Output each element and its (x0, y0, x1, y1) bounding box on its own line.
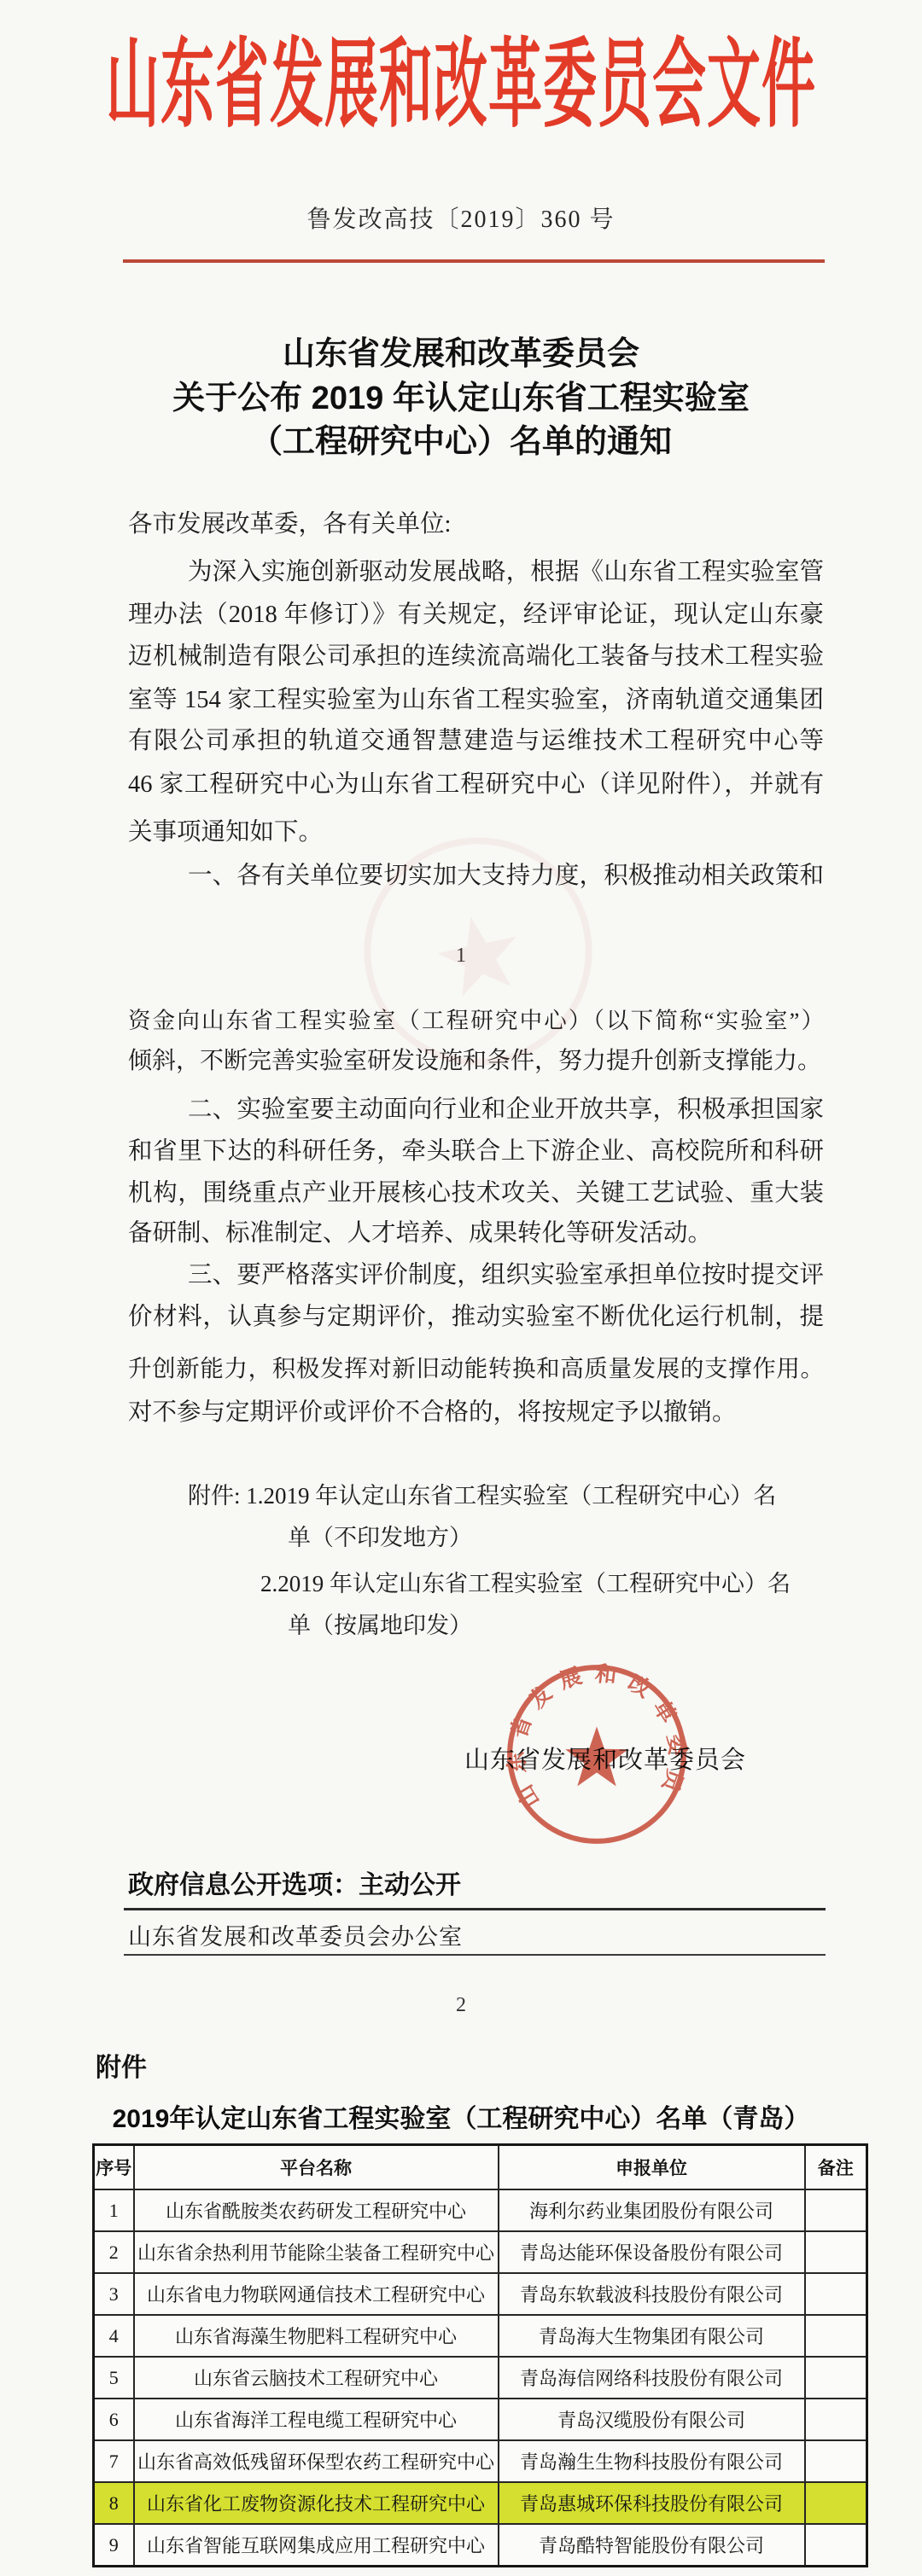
document-page: 山东省发展和改革委员会文件 鲁发改高技〔2019〕360 号 山东省发展和改革委… (0, 0, 922, 2576)
header-platform: 平台名称 (134, 2145, 499, 2190)
cell-seq: 4 (94, 2315, 134, 2357)
footer-rule-bottom (124, 1954, 826, 1956)
cell-seq: 6 (94, 2399, 134, 2440)
table-row: 5山东省云脑技术工程研究中心青岛海信网络科技股份有限公司 (94, 2357, 867, 2399)
text-line: 关事项通知如下。 (128, 813, 323, 852)
text-line: 单（按属地印发） (288, 1606, 472, 1645)
cell-platform: 山东省酰胺类农药研发工程研究中心 (134, 2189, 499, 2231)
document-number: 鲁发改高技〔2019〕360 号 (0, 200, 922, 241)
text-line: 价材料，认真参与定期评价，推动实验室不断优化运行机制，提 (128, 1298, 824, 1337)
header-seq: 序号 (94, 2145, 134, 2190)
lab-list-table: 序号 平台名称 申报单位 备注 1山东省酰胺类农药研发工程研究中心海利尔药业集团… (92, 2143, 868, 2567)
doc-title-line-2: 关于公布 2019 年认定山东省工程实验室 (0, 377, 922, 420)
red-divider-rule (123, 259, 825, 263)
cell-platform: 山东省化工废物资源化技术工程研究中心 (134, 2482, 499, 2524)
cell-platform: 山东省电力物联网通信技术工程研究中心 (134, 2273, 499, 2315)
cell-seq: 9 (94, 2524, 134, 2567)
text-line: 理办法（2018 年修订）》有关规定，经评审论证，现认定山东豪 (128, 596, 824, 635)
text-line: 三、要严格落实评价制度，组织实验室承担单位按时提交评 (188, 1256, 824, 1295)
cell-platform: 山东省海藻生物肥料工程研究中心 (134, 2315, 499, 2357)
doc-title-line-1: 山东省发展和改革委员会 (0, 333, 922, 375)
text-line: 2.2019 年认定山东省工程实验室（工程研究中心）名 (260, 1564, 791, 1603)
table-header-row: 序号 平台名称 申报单位 备注 (94, 2145, 867, 2190)
official-seal: 山东省发展和改革委员会 (503, 1660, 691, 1848)
cell-applicant: 青岛海信网络科技股份有限公司 (499, 2357, 805, 2399)
text-line: 二、实验室要主动面向行业和企业开放共享，积极承担国家 (188, 1090, 824, 1130)
table-row: 9山东省智能互联网集成应用工程研究中心青岛酷特智能股份有限公司 (94, 2524, 867, 2567)
cell-applicant: 海利尔药业集团股份有限公司 (499, 2189, 805, 2231)
text-line: 升创新能力，积极发挥对新旧动能转换和高质量发展的支撑作用。 (128, 1349, 824, 1388)
cell-applicant: 青岛达能环保设备股份有限公司 (499, 2231, 805, 2273)
table-row: 7山东省高效低残留环保型农药工程研究中心青岛瀚生生物科技股份有限公司 (94, 2440, 867, 2482)
cell-remark (805, 2482, 867, 2524)
text-line: 各市发展改革委，各有关单位: (128, 505, 451, 544)
text-line: 机构，围绕重点产业开展核心技术攻关、关键工艺试验、重大装 (128, 1174, 824, 1213)
text-line: 为深入实施创新驱动发展战略，根据《山东省工程实验室管 (188, 553, 824, 592)
text-line: 备研制、标准制定、人才培养、成果转化等研发活动。 (128, 1214, 712, 1253)
cell-platform: 山东省智能互联网集成应用工程研究中心 (134, 2524, 499, 2567)
attachment-table-title: 2019年认定山东省工程实验室（工程研究中心）名单（青岛） (0, 2100, 922, 2139)
text-line: 46 家工程研究中心为山东省工程研究中心（详见附件），并就有 (128, 765, 824, 805)
cell-seq: 2 (94, 2231, 134, 2273)
cell-platform: 山东省海洋工程电缆工程研究中心 (134, 2399, 499, 2440)
cell-remark (805, 2357, 867, 2399)
cell-remark (805, 2231, 867, 2273)
cell-applicant: 青岛酷特智能股份有限公司 (499, 2524, 805, 2567)
table-row: 4山东省海藻生物肥料工程研究中心青岛海大生物集团有限公司 (94, 2315, 867, 2357)
table-row: 6山东省海洋工程电缆工程研究中心青岛汉缆股份有限公司 (94, 2399, 867, 2440)
attachment-label: 附件 (96, 2049, 147, 2088)
header-applicant: 申报单位 (499, 2145, 805, 2190)
issuing-office: 山东省发展和改革委员会办公室 (128, 1917, 463, 1957)
doc-title-line-3: （工程研究中心）名单的通知 (0, 421, 922, 463)
cell-seq: 3 (94, 2273, 134, 2315)
footer-rule-top (124, 1908, 826, 1910)
cell-applicant: 青岛海大生物集团有限公司 (499, 2315, 805, 2357)
table-row: 2山东省余热利用节能除尘装备工程研究中心青岛达能环保设备股份有限公司 (94, 2231, 867, 2273)
table-row: 3山东省电力物联网通信技术工程研究中心青岛东软载波科技股份有限公司 (94, 2273, 867, 2315)
attachment-table-container: 序号 平台名称 申报单位 备注 1山东省酰胺类农药研发工程研究中心海利尔药业集团… (92, 2143, 868, 2567)
text-line: 单（不印发地方） (288, 1518, 472, 1557)
seal-bleed-through (336, 810, 620, 1093)
cell-platform: 山东省云脑技术工程研究中心 (134, 2357, 499, 2399)
header-remark: 备注 (805, 2145, 867, 2190)
text-line: 有限公司承担的轨道交通智慧建造与运维技术工程研究中心等 (128, 722, 824, 761)
text-line: 对不参与定期评价或评价不合格的，将按规定予以撤销。 (128, 1393, 737, 1433)
cell-remark (805, 2524, 867, 2567)
cell-applicant: 青岛汉缆股份有限公司 (499, 2399, 805, 2440)
table-row: 8山东省化工废物资源化技术工程研究中心青岛惠城环保科技股份有限公司 (94, 2482, 867, 2524)
text-line: 附件: 1.2019 年认定山东省工程实验室（工程研究中心）名 (188, 1476, 776, 1515)
cell-remark (805, 2440, 867, 2482)
cell-remark (805, 2315, 867, 2357)
cell-remark (805, 2189, 867, 2231)
cell-seq: 7 (94, 2440, 134, 2482)
seal-star-icon (565, 1726, 628, 1786)
cell-seq: 8 (94, 2482, 134, 2524)
text-line: 室等 154 家工程实验室为山东省工程实验室，济南轨道交通集团 (128, 681, 824, 720)
cell-remark (805, 2273, 867, 2315)
letterhead-banner: 山东省发展和改革委员会文件 (0, 0, 922, 212)
cell-platform: 山东省余热利用节能除尘装备工程研究中心 (134, 2231, 499, 2273)
table-row: 1山东省酰胺类农药研发工程研究中心海利尔药业集团股份有限公司 (94, 2189, 867, 2231)
cell-applicant: 青岛东软载波科技股份有限公司 (499, 2273, 805, 2315)
disclosure-option: 政府信息公开选项：主动公开 (128, 1866, 461, 1905)
cell-seq: 1 (94, 2189, 134, 2231)
cell-applicant: 青岛瀚生生物科技股份有限公司 (499, 2440, 805, 2482)
text-line: 和省里下达的科研任务，牵头联合上下游企业、高校院所和科研 (128, 1132, 824, 1172)
cell-remark (805, 2399, 867, 2440)
text-line: 迈机械制造有限公司承担的连续流高端化工装备与技术工程实验 (128, 637, 824, 677)
cell-applicant: 青岛惠城环保科技股份有限公司 (499, 2482, 805, 2524)
cell-seq: 5 (94, 2357, 134, 2399)
page-number-2: 2 (0, 1988, 922, 2022)
cell-platform: 山东省高效低残留环保型农药工程研究中心 (134, 2440, 499, 2482)
